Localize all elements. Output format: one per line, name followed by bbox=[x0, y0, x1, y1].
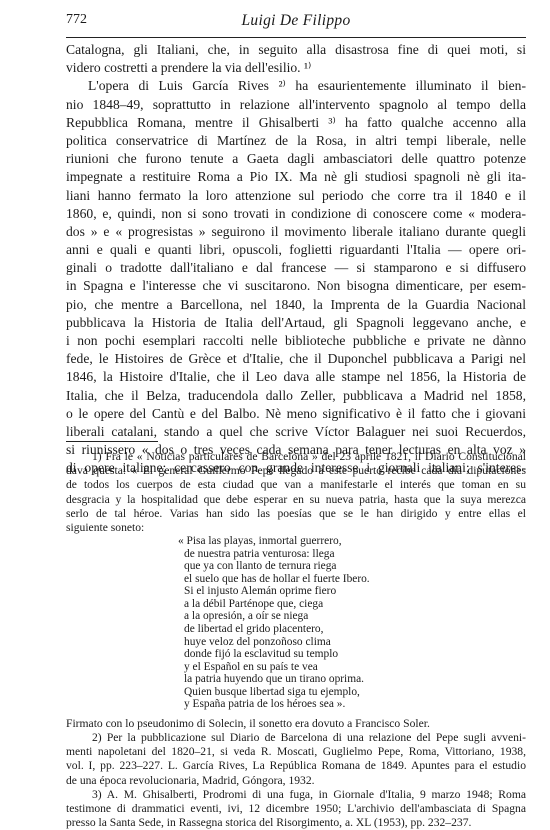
poem-line: de libertad el grido placentero, bbox=[184, 623, 526, 636]
poem-line: Si el injusto Alemán oprime fiero bbox=[184, 585, 526, 598]
main-text: Catalogna, gli Italiani, che, in seguito… bbox=[66, 41, 526, 478]
text-line: pubblicava la Historia de Italia dell'Ar… bbox=[66, 314, 526, 332]
footnote-line: vol. I, pp. 223–227. L. García Rives, La… bbox=[66, 759, 526, 773]
text-line: pio, che mentre a Barcellona, nel 1840, … bbox=[66, 296, 526, 314]
text-line: videro costretti a prendere la via dell'… bbox=[66, 59, 526, 77]
text-line: riunioni che furono tenute a Gaeta dagli… bbox=[66, 150, 526, 168]
poem-line: de nuestra patria venturosa: llega bbox=[184, 548, 526, 561]
text-line: 1860, e, quindi, non si sono trovati in … bbox=[66, 205, 526, 223]
text-line: o le opere del Cantù e del Balbo. Nè men… bbox=[66, 405, 526, 423]
footnote-2: 2) Per la pubblicazione sul Diario de Ba… bbox=[66, 731, 526, 788]
text-line: ginali o tradotte dall'italiano e dal fr… bbox=[66, 259, 526, 277]
running-head: Luigi De Filippo bbox=[66, 12, 526, 30]
footnote-line: Firmato con lo pseudonimo di Solecin, il… bbox=[66, 717, 526, 731]
text-line: nio 1848–49, soprattutto in relazione al… bbox=[66, 96, 526, 114]
footnote-line: siguiente soneto: bbox=[66, 521, 526, 535]
footnote-line: desgracia y la hospitalidad que debe esp… bbox=[66, 493, 526, 507]
text-line: liberali catalani, stando a quel che scr… bbox=[66, 423, 526, 441]
footnote-line: 2) Per la pubblicazione sul Diario de Ba… bbox=[66, 731, 526, 745]
poem-line: a la débil Parténope que, ciega bbox=[184, 598, 526, 611]
poem-line: « Pisa las playas, inmortal guerrero, bbox=[178, 535, 526, 548]
footnotes: 1) Fra le « Noticias particulares de Bar… bbox=[66, 450, 526, 830]
poem-line: huye veloz del ponzoñoso clima bbox=[184, 636, 526, 649]
poem-line: donde fijó la esclavitud su templo bbox=[184, 648, 526, 661]
text-line: politica conservatrice di Martínez de la… bbox=[66, 132, 526, 150]
footnote-1: 1) Fra le « Noticias particulares de Bar… bbox=[66, 450, 526, 731]
text-line: Catalogna, gli Italiani, che, in seguito… bbox=[66, 41, 526, 59]
poem-line: el suelo que has de hollar el fuerte Ibe… bbox=[184, 573, 526, 586]
header-rule bbox=[66, 37, 526, 38]
footnote-line: menti napoletani del 1820–21, si veda R.… bbox=[66, 745, 526, 759]
footnote-line: de todos los cuerpos de esta ciudad que … bbox=[66, 478, 526, 492]
poem-line: y España patria de los héroes sea ». bbox=[184, 698, 526, 711]
footnote-line: 3) A. M. Ghisalberti, Prodromi di una fu… bbox=[66, 788, 526, 802]
footnote-line: dava questa: « El general Guillermo Pepe… bbox=[66, 464, 526, 478]
poem-line: Quien busque libertad siga tu ejemplo, bbox=[184, 686, 526, 699]
book-page: 772 Luigi De Filippo Catalogna, gli Ital… bbox=[0, 0, 550, 830]
text-line: dos » e « progresistas » seguirono il mo… bbox=[66, 223, 526, 241]
text-line: Repubblica Romana, mentre il Ghisalberti… bbox=[66, 114, 526, 132]
footnote-rule bbox=[66, 441, 158, 442]
footnote-marker: 3) bbox=[92, 788, 102, 801]
footnote-3: 3) A. M. Ghisalberti, Prodromi di una fu… bbox=[66, 788, 526, 830]
sonnet: « Pisa las playas, inmortal guerrero, de… bbox=[184, 535, 526, 711]
poem-line: a la opresión, a oír se niega bbox=[184, 610, 526, 623]
footnote-marker: 1) bbox=[92, 450, 102, 463]
text-line: Italia, che il Belza, traducendola dallo… bbox=[66, 387, 526, 405]
text-line: liani hanno fermato la loro attenzione s… bbox=[66, 187, 526, 205]
poem-line: la patria huyendo que un tirano oprima. bbox=[184, 673, 526, 686]
page-header: 772 Luigi De Filippo bbox=[66, 12, 526, 36]
footnote-line: de una época revolucionaria, Madrid, Gón… bbox=[66, 774, 526, 788]
poem-line: y el Español en su país te vea bbox=[184, 661, 526, 674]
text-line: impegnate a restituire Roma a Pio IX. Ma… bbox=[66, 168, 526, 186]
text-line: anni e quali e quanti libri, opuscoli, f… bbox=[66, 241, 526, 259]
text-line: fede, le Histoires de Grèce et d'Italie,… bbox=[66, 350, 526, 368]
text-line: i non pochi esemplari raccolti nelle bib… bbox=[66, 332, 526, 350]
text-line: in Spagna e l'interesse che vi suscitaro… bbox=[66, 277, 526, 295]
text-line: 1846, la Histoire d'Italie, che il Leo d… bbox=[66, 368, 526, 386]
footnote-line: presso la Santa Sede, in Rassegna storic… bbox=[66, 816, 526, 830]
footnote-line: serlo de tal héroe. Varias han sido las … bbox=[66, 507, 526, 521]
footnote-line: testimone di drammatici eventi, ivi, 12 … bbox=[66, 802, 526, 816]
text-line: L'opera di Luis García Rives ²⁾ ha esaur… bbox=[66, 77, 526, 95]
footnote-marker: 2) bbox=[92, 731, 102, 744]
footnote-line: 1) Fra le « Noticias particulares de Bar… bbox=[66, 450, 526, 464]
poem-line: que ya con llanto de ternura riega bbox=[184, 560, 526, 573]
